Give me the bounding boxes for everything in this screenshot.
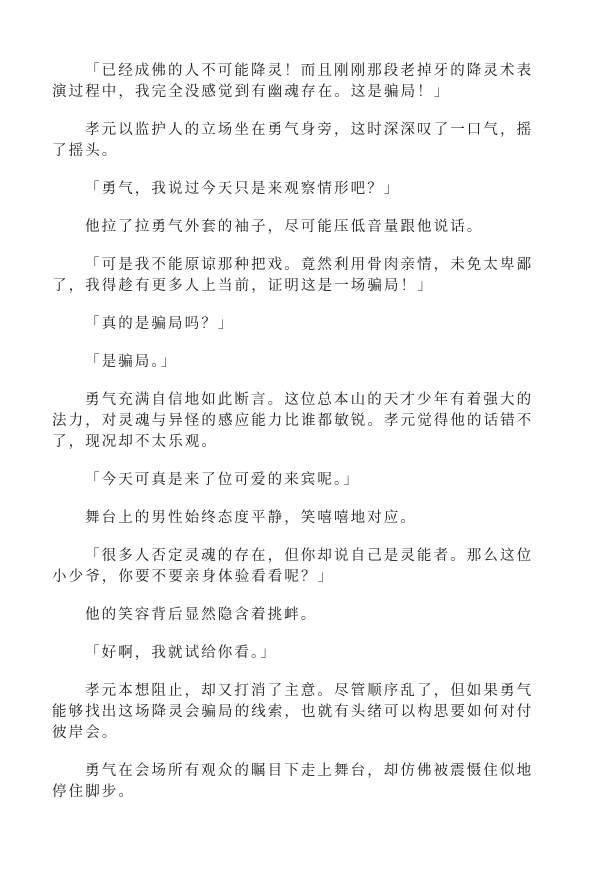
text-line: 了，现况却不太乐观。	[52, 432, 542, 453]
paragraph: 舞台上的男性始终态度平静，笑嘻嘻地对应。	[52, 508, 542, 529]
text-line: 演过程中，我完全没感觉到有幽魂存在。这是骗局！」	[52, 82, 542, 103]
text-line: 他拉了拉勇气外套的袖子，尽可能压低音量跟他说话。	[52, 217, 542, 238]
paragraph: 「勇气，我说过今天只是来观察情形吧？」	[52, 179, 542, 200]
text-line: 勇气充满自信地如此断言。这位总本山的天才少年有着强大的	[52, 390, 542, 411]
text-line: 「今天可真是来了位可爱的来宾呢。」	[52, 470, 542, 491]
paragraph: 「真的是骗局吗？」	[52, 314, 542, 335]
document-page: 「已经成佛的人不可能降灵！而且刚刚那段老掉牙的降灵术表 演过程中，我完全没感觉到…	[52, 61, 542, 820]
paragraph: 孝元以监护人的立场坐在勇气身旁，这时深深叹了一口气，摇 了摇头。	[52, 120, 542, 162]
text-line: 小少爷，你要不要亲身体验看看呢？」	[52, 567, 542, 588]
paragraph: 他的笑容背后显然隐含着挑衅。	[52, 605, 542, 626]
text-line: 「已经成佛的人不可能降灵！而且刚刚那段老掉牙的降灵术表	[52, 61, 542, 82]
paragraph: 孝元本想阻止，却又打消了主意。尽管顺序乱了，但如果勇气 能够找出这场降灵会骗局的…	[52, 681, 542, 744]
paragraph: 「很多人否定灵魂的存在，但你却说自己是灵能者。那么这位 小少爷，你要不要亲身体验…	[52, 546, 542, 588]
paragraph: 「已经成佛的人不可能降灵！而且刚刚那段老掉牙的降灵术表 演过程中，我完全没感觉到…	[52, 61, 542, 103]
text-line: 「真的是骗局吗？」	[52, 314, 542, 335]
text-line: 勇气在会场所有观众的瞩目下走上舞台，却仿佛被震慑住似地	[52, 761, 542, 782]
paragraph: 勇气在会场所有观众的瞩目下走上舞台，却仿佛被震慑住似地 停住脚步。	[52, 761, 542, 803]
paragraph: 「好啊，我就试给你看。」	[52, 643, 542, 664]
text-line: 「可是我不能原谅那种把戏。竟然利用骨肉亲情，未免太卑鄙	[52, 255, 542, 276]
text-line: 「很多人否定灵魂的存在，但你却说自己是灵能者。那么这位	[52, 546, 542, 567]
text-line: 舞台上的男性始终态度平静，笑嘻嘻地对应。	[52, 508, 542, 529]
text-line: 法力，对灵魂与异怪的感应能力比谁都敏锐。孝元觉得他的话错不	[52, 411, 542, 432]
text-line: 了摇头。	[52, 141, 542, 162]
paragraph: 「可是我不能原谅那种把戏。竟然利用骨肉亲情，未免太卑鄙 了，我得趁有更多人上当前…	[52, 255, 542, 297]
text-line: 停住脚步。	[52, 782, 542, 803]
text-line: 「勇气，我说过今天只是来观察情形吧？」	[52, 179, 542, 200]
text-line: 了，我得趁有更多人上当前，证明这是一场骗局！」	[52, 276, 542, 297]
text-line: 孝元以监护人的立场坐在勇气身旁，这时深深叹了一口气，摇	[52, 120, 542, 141]
text-line: 能够找出这场降灵会骗局的线索，也就有头绪可以构思要如何对付	[52, 702, 542, 723]
text-line: 「好啊，我就试给你看。」	[52, 643, 542, 664]
text-line: 「是骗局。」	[52, 352, 542, 373]
text-line: 他的笑容背后显然隐含着挑衅。	[52, 605, 542, 626]
text-line: 孝元本想阻止，却又打消了主意。尽管顺序乱了，但如果勇气	[52, 681, 542, 702]
text-line: 彼岸会。	[52, 723, 542, 744]
paragraph: 「今天可真是来了位可爱的来宾呢。」	[52, 470, 542, 491]
paragraph: 他拉了拉勇气外套的袖子，尽可能压低音量跟他说话。	[52, 217, 542, 238]
paragraph: 「是骗局。」	[52, 352, 542, 373]
paragraph: 勇气充满自信地如此断言。这位总本山的天才少年有着强大的 法力，对灵魂与异怪的感应…	[52, 390, 542, 453]
